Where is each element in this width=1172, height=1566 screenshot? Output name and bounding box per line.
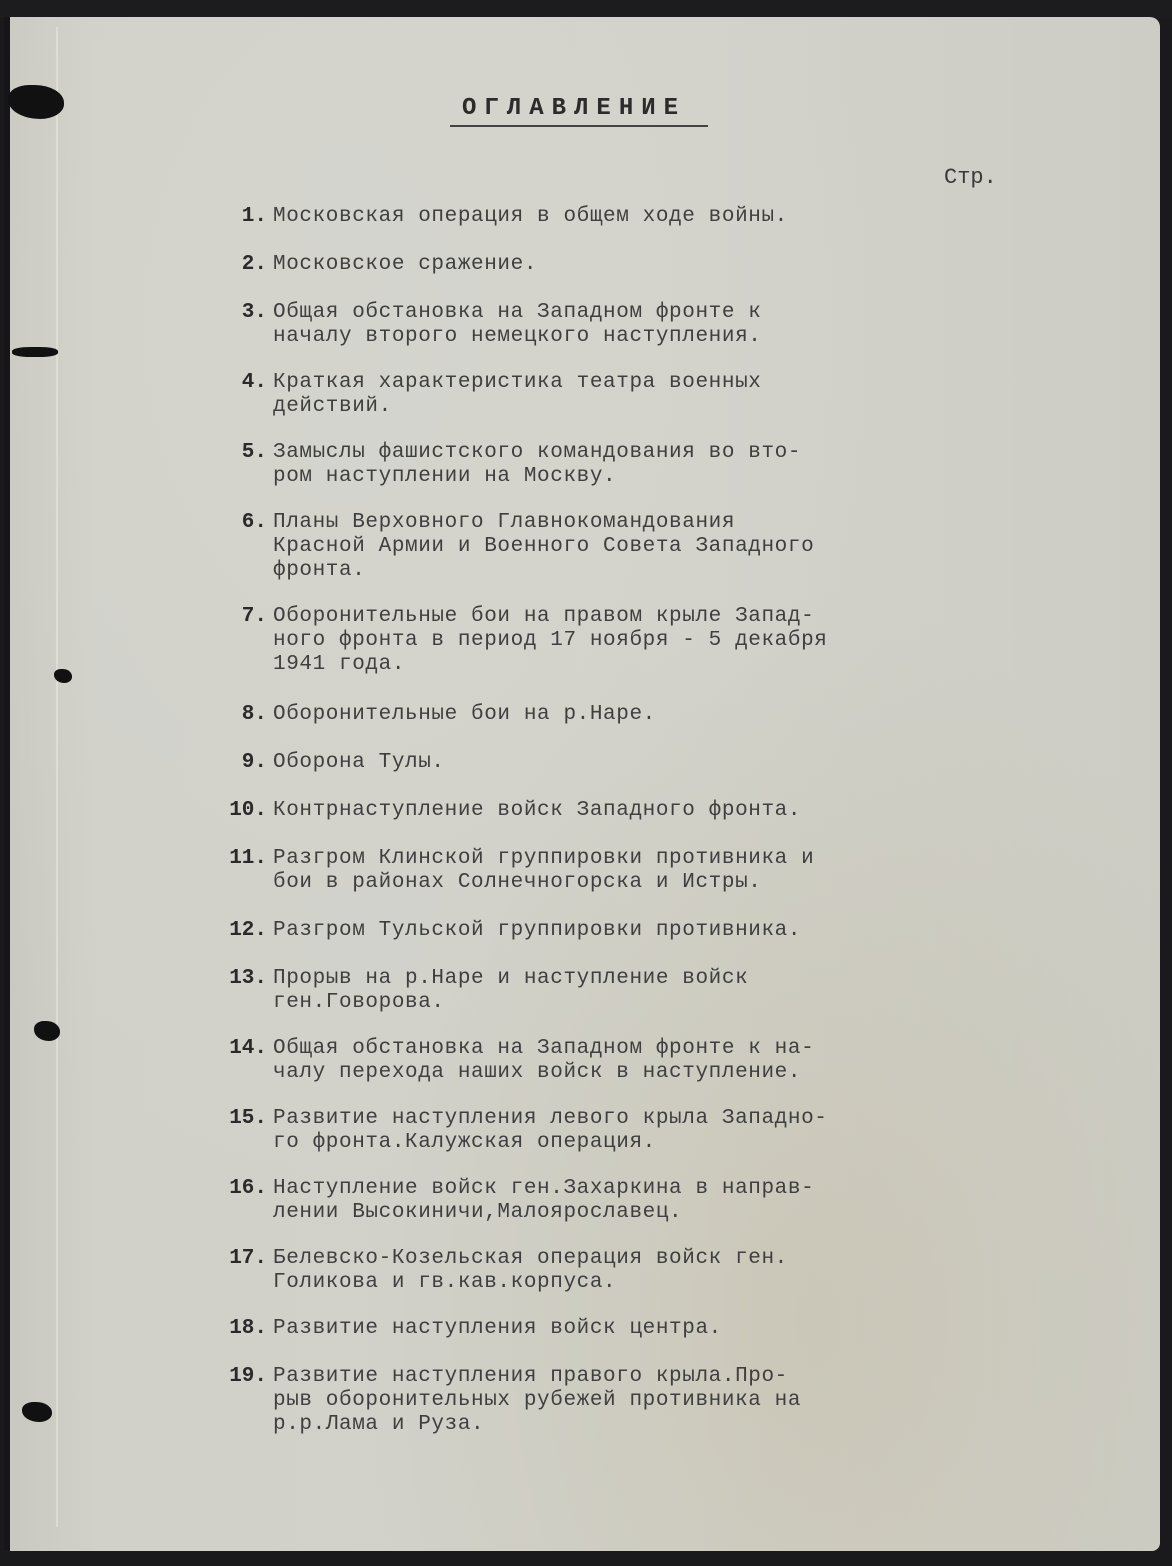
- toc-entry-title: Развитие наступления войск центра.: [273, 1317, 722, 1341]
- toc-entry-title: Контрнаступление войск Западного фронта.: [273, 799, 801, 823]
- toc-entry: 6.Планы Верховного Главнокомандования Кр…: [209, 511, 929, 583]
- toc-entry: 15.Развитие наступления левого крыла Зап…: [209, 1107, 929, 1155]
- toc-entry: 16.Наступление войск ген.Захаркина в нап…: [209, 1177, 929, 1225]
- page-title: ОГЛАВЛЕНИЕ: [462, 95, 686, 122]
- toc-entry: 8.Оборонительные бои на р.Наре.: [209, 703, 929, 727]
- toc-entry-title: Прорыв на р.Наре и наступление войск ген…: [273, 967, 748, 1015]
- toc-entry-title: Московское сражение.: [273, 253, 537, 277]
- toc-entry-title: Разгром Клинской группировки противника …: [273, 847, 814, 895]
- toc-entry-number: 18.: [209, 1317, 273, 1341]
- toc-entry-title: Развитие наступления левого крыла Западн…: [273, 1107, 828, 1155]
- toc-entry-number: 17.: [209, 1247, 273, 1295]
- toc-entry-number: 6.: [209, 511, 273, 583]
- toc-entry-number: 1.: [209, 205, 273, 229]
- toc-entry: 14.Общая обстановка на Западном фронте к…: [209, 1037, 929, 1085]
- toc-entry-number: 12.: [209, 919, 273, 943]
- toc-entry: 17.Белевско-Козельская операция войск ге…: [209, 1247, 929, 1295]
- page-column-label: Стр.: [944, 165, 997, 190]
- toc-entry: 12.Разгром Тульской группировки противни…: [209, 919, 929, 943]
- toc-entry: 1.Московская операция в общем ходе войны…: [209, 205, 929, 229]
- toc-entry-title: Общая обстановка на Западном фронте к на…: [273, 1037, 814, 1085]
- toc-entry: 4.Краткая характеристика театра военных …: [209, 371, 929, 419]
- toc-entry-number: 10.: [209, 799, 273, 823]
- toc-entry-title: Развитие наступления правого крыла.Про- …: [273, 1365, 801, 1437]
- toc-entry: 7.Оборонительные бои на правом крыле Зап…: [209, 605, 929, 677]
- toc-entry: 2.Московское сражение.: [209, 253, 929, 277]
- toc-entry-number: 9.: [209, 751, 273, 775]
- toc-entry-number: 13.: [209, 967, 273, 1015]
- toc-entry-title: Краткая характеристика театра военных де…: [273, 371, 761, 419]
- toc-entry-number: 19.: [209, 1365, 273, 1437]
- toc-entry-title: Белевско-Козельская операция войск ген. …: [273, 1247, 788, 1295]
- table-of-contents: ОГЛАВЛЕНИЕ Стр. 1.Московская операция в …: [4, 17, 1160, 1551]
- scan-frame-top: [0, 0, 1172, 18]
- toc-entry-title: Общая обстановка на Западном фронте к на…: [273, 301, 761, 349]
- toc-entry-number: 14.: [209, 1037, 273, 1085]
- document-page: ОГЛАВЛЕНИЕ Стр. 1.Московская операция в …: [4, 17, 1160, 1551]
- toc-entry-number: 16.: [209, 1177, 273, 1225]
- toc-entry-title: Оборонительные бои на р.Наре.: [273, 703, 656, 727]
- toc-entry-number: 4.: [209, 371, 273, 419]
- toc-entry-title: Замыслы фашистского командования во вто-…: [273, 441, 801, 489]
- toc-entry: 18.Развитие наступления войск центра.: [209, 1317, 929, 1341]
- toc-entry: 3.Общая обстановка на Западном фронте к …: [209, 301, 929, 349]
- toc-entry: 5.Замыслы фашистского командования во вт…: [209, 441, 929, 489]
- toc-entry-title: Оборонительные бои на правом крыле Запад…: [273, 605, 828, 677]
- toc-entry: 11.Разгром Клинской группировки противни…: [209, 847, 929, 895]
- toc-entry: 9.Оборона Тулы.: [209, 751, 929, 775]
- toc-entry-title: Разгром Тульской группировки противника.: [273, 919, 801, 943]
- toc-entry-number: 2.: [209, 253, 273, 277]
- toc-entry-number: 11.: [209, 847, 273, 895]
- toc-entry-title: Оборона Тулы.: [273, 751, 445, 775]
- toc-entry-number: 5.: [209, 441, 273, 489]
- toc-entry-title: Наступление войск ген.Захаркина в направ…: [273, 1177, 814, 1225]
- toc-entry-number: 3.: [209, 301, 273, 349]
- toc-entry-title: Московская операция в общем ходе войны.: [273, 205, 788, 229]
- toc-entry-title: Планы Верховного Главнокомандования Крас…: [273, 511, 814, 583]
- toc-entry: 10.Контрнаступление войск Западного фрон…: [209, 799, 929, 823]
- toc-entry: 13.Прорыв на р.Наре и наступление войск …: [209, 967, 929, 1015]
- toc-entry-number: 15.: [209, 1107, 273, 1155]
- title-underline: [450, 125, 708, 127]
- toc-entry-number: 8.: [209, 703, 273, 727]
- toc-entry: 19.Развитие наступления правого крыла.Пр…: [209, 1365, 929, 1437]
- toc-entry-number: 7.: [209, 605, 273, 677]
